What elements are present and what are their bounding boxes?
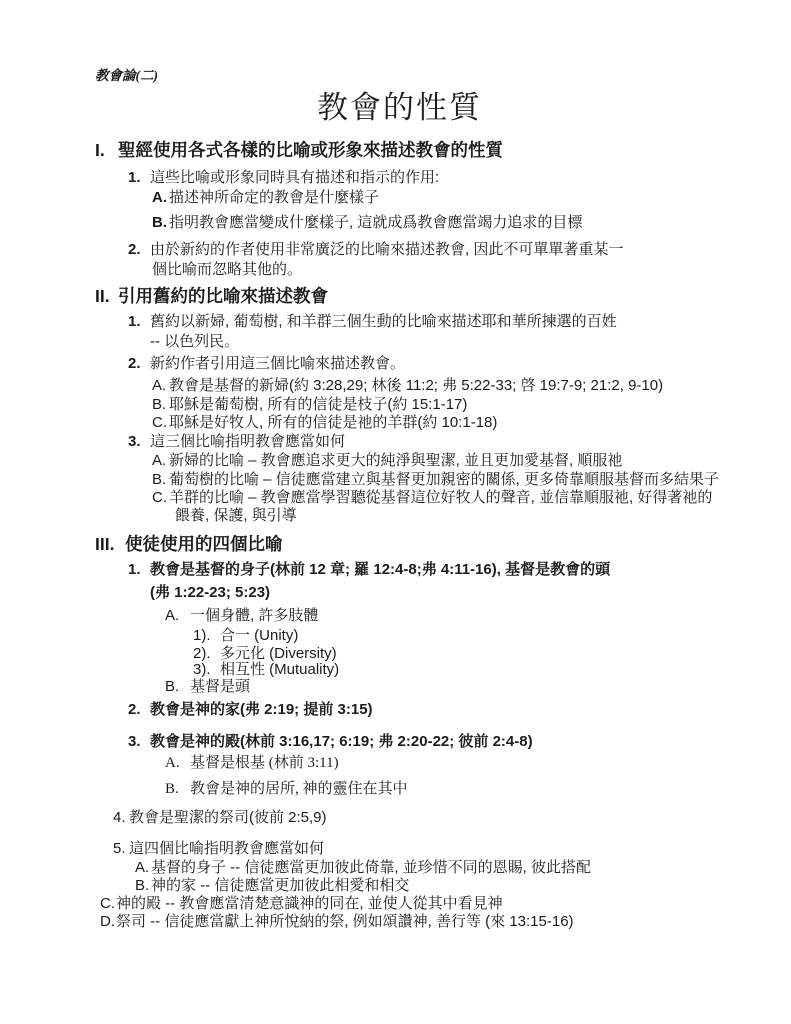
outline-item-continuation: -- 以色列民。 xyxy=(150,332,239,351)
item-label: 1. xyxy=(128,312,150,331)
section-numeral: III. xyxy=(95,535,125,554)
item-label: B. xyxy=(165,780,190,799)
item-label: 2. xyxy=(128,700,150,719)
section-heading-1: I.聖經使用各式各樣的比喻或形象來描述教會的性質 xyxy=(95,141,503,160)
item-text: 耶穌是好牧人, 所有的信徒是祂的羊群(約 10:1-18) xyxy=(169,414,497,431)
outline-item: B.耶穌是葡萄樹, 所有的信徒是枝子(約 15:1-17) xyxy=(152,395,467,414)
outline-item: 2.教會是神的家(弗 2:19; 提前 3:15) xyxy=(128,700,373,719)
item-label: 3. xyxy=(128,432,150,451)
item-label: A. xyxy=(152,188,169,207)
outline-item: 5.這四個比喻指明教會應當如何 xyxy=(113,839,324,858)
item-text: 描述神所命定的教會是什麼樣子 xyxy=(169,189,379,206)
item-label: B. xyxy=(152,213,169,232)
page-title: 教會的性質 xyxy=(0,82,791,127)
section-title: 引用舊約的比喻來描述教會 xyxy=(118,286,328,306)
item-text: 教會是聖潔的祭司(彼前 2:5,9) xyxy=(129,809,327,826)
item-label: A. xyxy=(165,754,190,773)
item-text: 指明教會應當變成什麼樣子, 這就成爲教會應當竭力追求的目標 xyxy=(169,214,582,231)
outline-item: B.葡萄樹的比喻 – 信徒應當建立與基督更加親密的關係, 更多倚靠順服基督而多結… xyxy=(152,470,719,489)
outline-item: 2.由於新約的作者使用非常廣泛的比喻來描述教會, 因此不可單單著重某一 xyxy=(128,240,623,259)
item-label: 1. xyxy=(128,168,150,187)
item-text: 相互性 (Mutuality) xyxy=(220,661,339,678)
outline-item: B.指明教會應當變成什麼樣子, 這就成爲教會應當竭力追求的目標 xyxy=(152,213,582,232)
item-text: 基督是根基 (林前 3:11) xyxy=(190,755,339,771)
item-text: 合一 (Unity) xyxy=(220,627,298,644)
doc-series-tag: 教會論(二) xyxy=(95,64,158,84)
item-text: 耶穌是葡萄樹, 所有的信徒是枝子(約 15:1-17) xyxy=(169,396,467,413)
section-numeral: II. xyxy=(95,287,118,306)
outline-item: 3.這三個比喻指明教會應當如何 xyxy=(128,432,345,451)
item-label: 4. xyxy=(113,808,129,827)
item-label: C. xyxy=(152,488,169,507)
item-text: 祭司 -- 信徒應當獻上神所悅納的祭, 例如頌讚神, 善行等 (來 13:15-… xyxy=(116,913,574,930)
outline-item-continuation: 個比喻而忽略其他的。 xyxy=(152,260,302,279)
outline-item: 1.這些比喻或形象同時具有描述和指示的作用: xyxy=(128,168,439,187)
item-text: 羊群的比喻 – 教會應當學習聽從基督這位好牧人的聲音, 並信靠順服祂, 好得著祂… xyxy=(169,489,712,506)
item-text: 基督是頭 xyxy=(190,678,250,695)
item-label: B. xyxy=(135,876,151,895)
outline-item: C.耶穌是好牧人, 所有的信徒是祂的羊群(約 10:1-18) xyxy=(152,413,497,432)
document-page: 教會論(二) 教會的性質 I.聖經使用各式各樣的比喻或形象來描述教會的性質 1.… xyxy=(0,0,791,1024)
section-heading-3: III.使徒使用的四個比喻 xyxy=(95,535,283,554)
item-text: 教會是神的殿(林前 3:16,17; 6:19; 弗 2:20-22; 彼前 2… xyxy=(150,733,533,750)
item-text: 舊約以新婦, 葡萄樹, 和羊群三個生動的比喻來描述耶和華所揀選的百姓 xyxy=(150,313,617,330)
outline-item: 4.教會是聖潔的祭司(彼前 2:5,9) xyxy=(113,808,327,827)
outline-item-continuation: (弗 1:22-23; 5:23) xyxy=(150,583,270,602)
outline-item: A.一個身體, 許多肢體 xyxy=(165,606,318,625)
section-numeral: I. xyxy=(95,141,118,160)
item-label: A. xyxy=(135,858,151,877)
item-text: 教會是神的家(弗 2:19; 提前 3:15) xyxy=(150,701,373,718)
item-text: 個比喻而忽略其他的。 xyxy=(152,261,302,278)
outline-item: 3.教會是神的殿(林前 3:16,17; 6:19; 弗 2:20-22; 彼前… xyxy=(128,732,533,751)
outline-item: B.神的家 -- 信徒應當更加彼此相愛和相交 xyxy=(135,876,409,895)
outline-item: A.基督是根基 (林前 3:11) xyxy=(165,754,339,773)
outline-item: 2.新約作者引用這三個比喻來描述教會。 xyxy=(128,354,405,373)
item-label: C. xyxy=(100,894,116,913)
section-heading-2: II.引用舊約的比喻來描述教會 xyxy=(95,287,328,306)
item-label: A. xyxy=(165,606,190,625)
item-label: 3. xyxy=(128,732,150,751)
item-label: B. xyxy=(165,677,190,696)
item-text: 基督的身子 -- 信徒應當更加彼此倚靠, 並珍惜不同的恩賜, 彼此搭配 xyxy=(151,859,591,876)
item-text: -- 以色列民。 xyxy=(150,333,239,350)
item-label: D. xyxy=(100,912,116,931)
item-text: 神的殿 -- 教會應當清楚意識神的同在, 並使人從其中看見神 xyxy=(116,895,503,912)
item-text: 這些比喻或形象同時具有描述和指示的作用: xyxy=(150,169,439,186)
item-text: 教會是基督的身子(林前 12 章; 羅 12:4-8;弗 4:11-16), 基… xyxy=(150,561,610,578)
item-label: 1). xyxy=(193,626,220,645)
outline-item: B.教會是神的居所, 神的靈住在其中 xyxy=(165,780,408,799)
outline-item: A.基督的身子 -- 信徒應當更加彼此倚靠, 並珍惜不同的恩賜, 彼此搭配 xyxy=(135,858,591,877)
item-label: B. xyxy=(152,395,169,414)
item-label: C. xyxy=(152,413,169,432)
item-label: 1. xyxy=(128,560,150,579)
item-text: 神的家 -- 信徒應當更加彼此相愛和相交 xyxy=(151,877,409,894)
outline-item: D.祭司 -- 信徒應當獻上神所悅納的祭, 例如頌讚神, 善行等 (來 13:1… xyxy=(100,912,574,931)
item-text: 新約作者引用這三個比喻來描述教會。 xyxy=(150,355,405,372)
item-text: 教會是神的居所, 神的靈住在其中 xyxy=(190,781,408,797)
outline-item: 1.舊約以新婦, 葡萄樹, 和羊群三個生動的比喻來描述耶和華所揀選的百姓 xyxy=(128,312,617,331)
item-label: B. xyxy=(152,470,169,489)
item-text: 葡萄樹的比喻 – 信徒應當建立與基督更加親密的關係, 更多倚靠順服基督而多結果子 xyxy=(169,471,719,488)
outline-item: B.基督是頭 xyxy=(165,677,250,696)
outline-item: 1).合一 (Unity) xyxy=(193,626,298,645)
outline-item: A.教會是基督的新婦(約 3:28,29; 林後 11:2; 弗 5:22-33… xyxy=(152,376,663,395)
item-label: 5. xyxy=(113,839,129,858)
item-text: (弗 1:22-23; 5:23) xyxy=(150,584,270,601)
item-text: 一個身體, 許多肢體 xyxy=(190,607,318,624)
outline-item: 1.教會是基督的身子(林前 12 章; 羅 12:4-8;弗 4:11-16),… xyxy=(128,560,610,579)
item-label: A. xyxy=(152,451,169,470)
item-text: 這四個比喻指明教會應當如何 xyxy=(129,840,324,857)
outline-item: C.羊群的比喻 – 教會應當學習聽從基督這位好牧人的聲音, 並信靠順服祂, 好得… xyxy=(152,488,712,507)
item-label: A. xyxy=(152,376,169,395)
item-text: 餵養, 保護, 與引導 xyxy=(175,507,297,524)
item-text: 由於新約的作者使用非常廣泛的比喻來描述教會, 因此不可單單著重某一 xyxy=(150,241,623,258)
item-text: 新婦的比喻 – 教會應追求更大的純淨與聖潔, 並且更加愛基督, 順服祂 xyxy=(169,452,622,469)
section-title: 聖經使用各式各樣的比喻或形象來描述教會的性質 xyxy=(118,140,503,160)
outline-item-continuation: 餵養, 保護, 與引導 xyxy=(175,506,297,525)
outline-item: A.新婦的比喻 – 教會應追求更大的純淨與聖潔, 並且更加愛基督, 順服祂 xyxy=(152,451,622,470)
section-title: 使徒使用的四個比喻 xyxy=(125,534,283,554)
outline-item: A.描述神所命定的教會是什麼樣子 xyxy=(152,188,379,207)
item-text: 教會是基督的新婦(約 3:28,29; 林後 11:2; 弗 5:22-33; … xyxy=(169,377,663,394)
item-label: 2. xyxy=(128,354,150,373)
item-label: 2. xyxy=(128,240,150,259)
item-text: 這三個比喻指明教會應當如何 xyxy=(150,433,345,450)
outline-item: C.神的殿 -- 教會應當清楚意識神的同在, 並使人從其中看見神 xyxy=(100,894,503,913)
